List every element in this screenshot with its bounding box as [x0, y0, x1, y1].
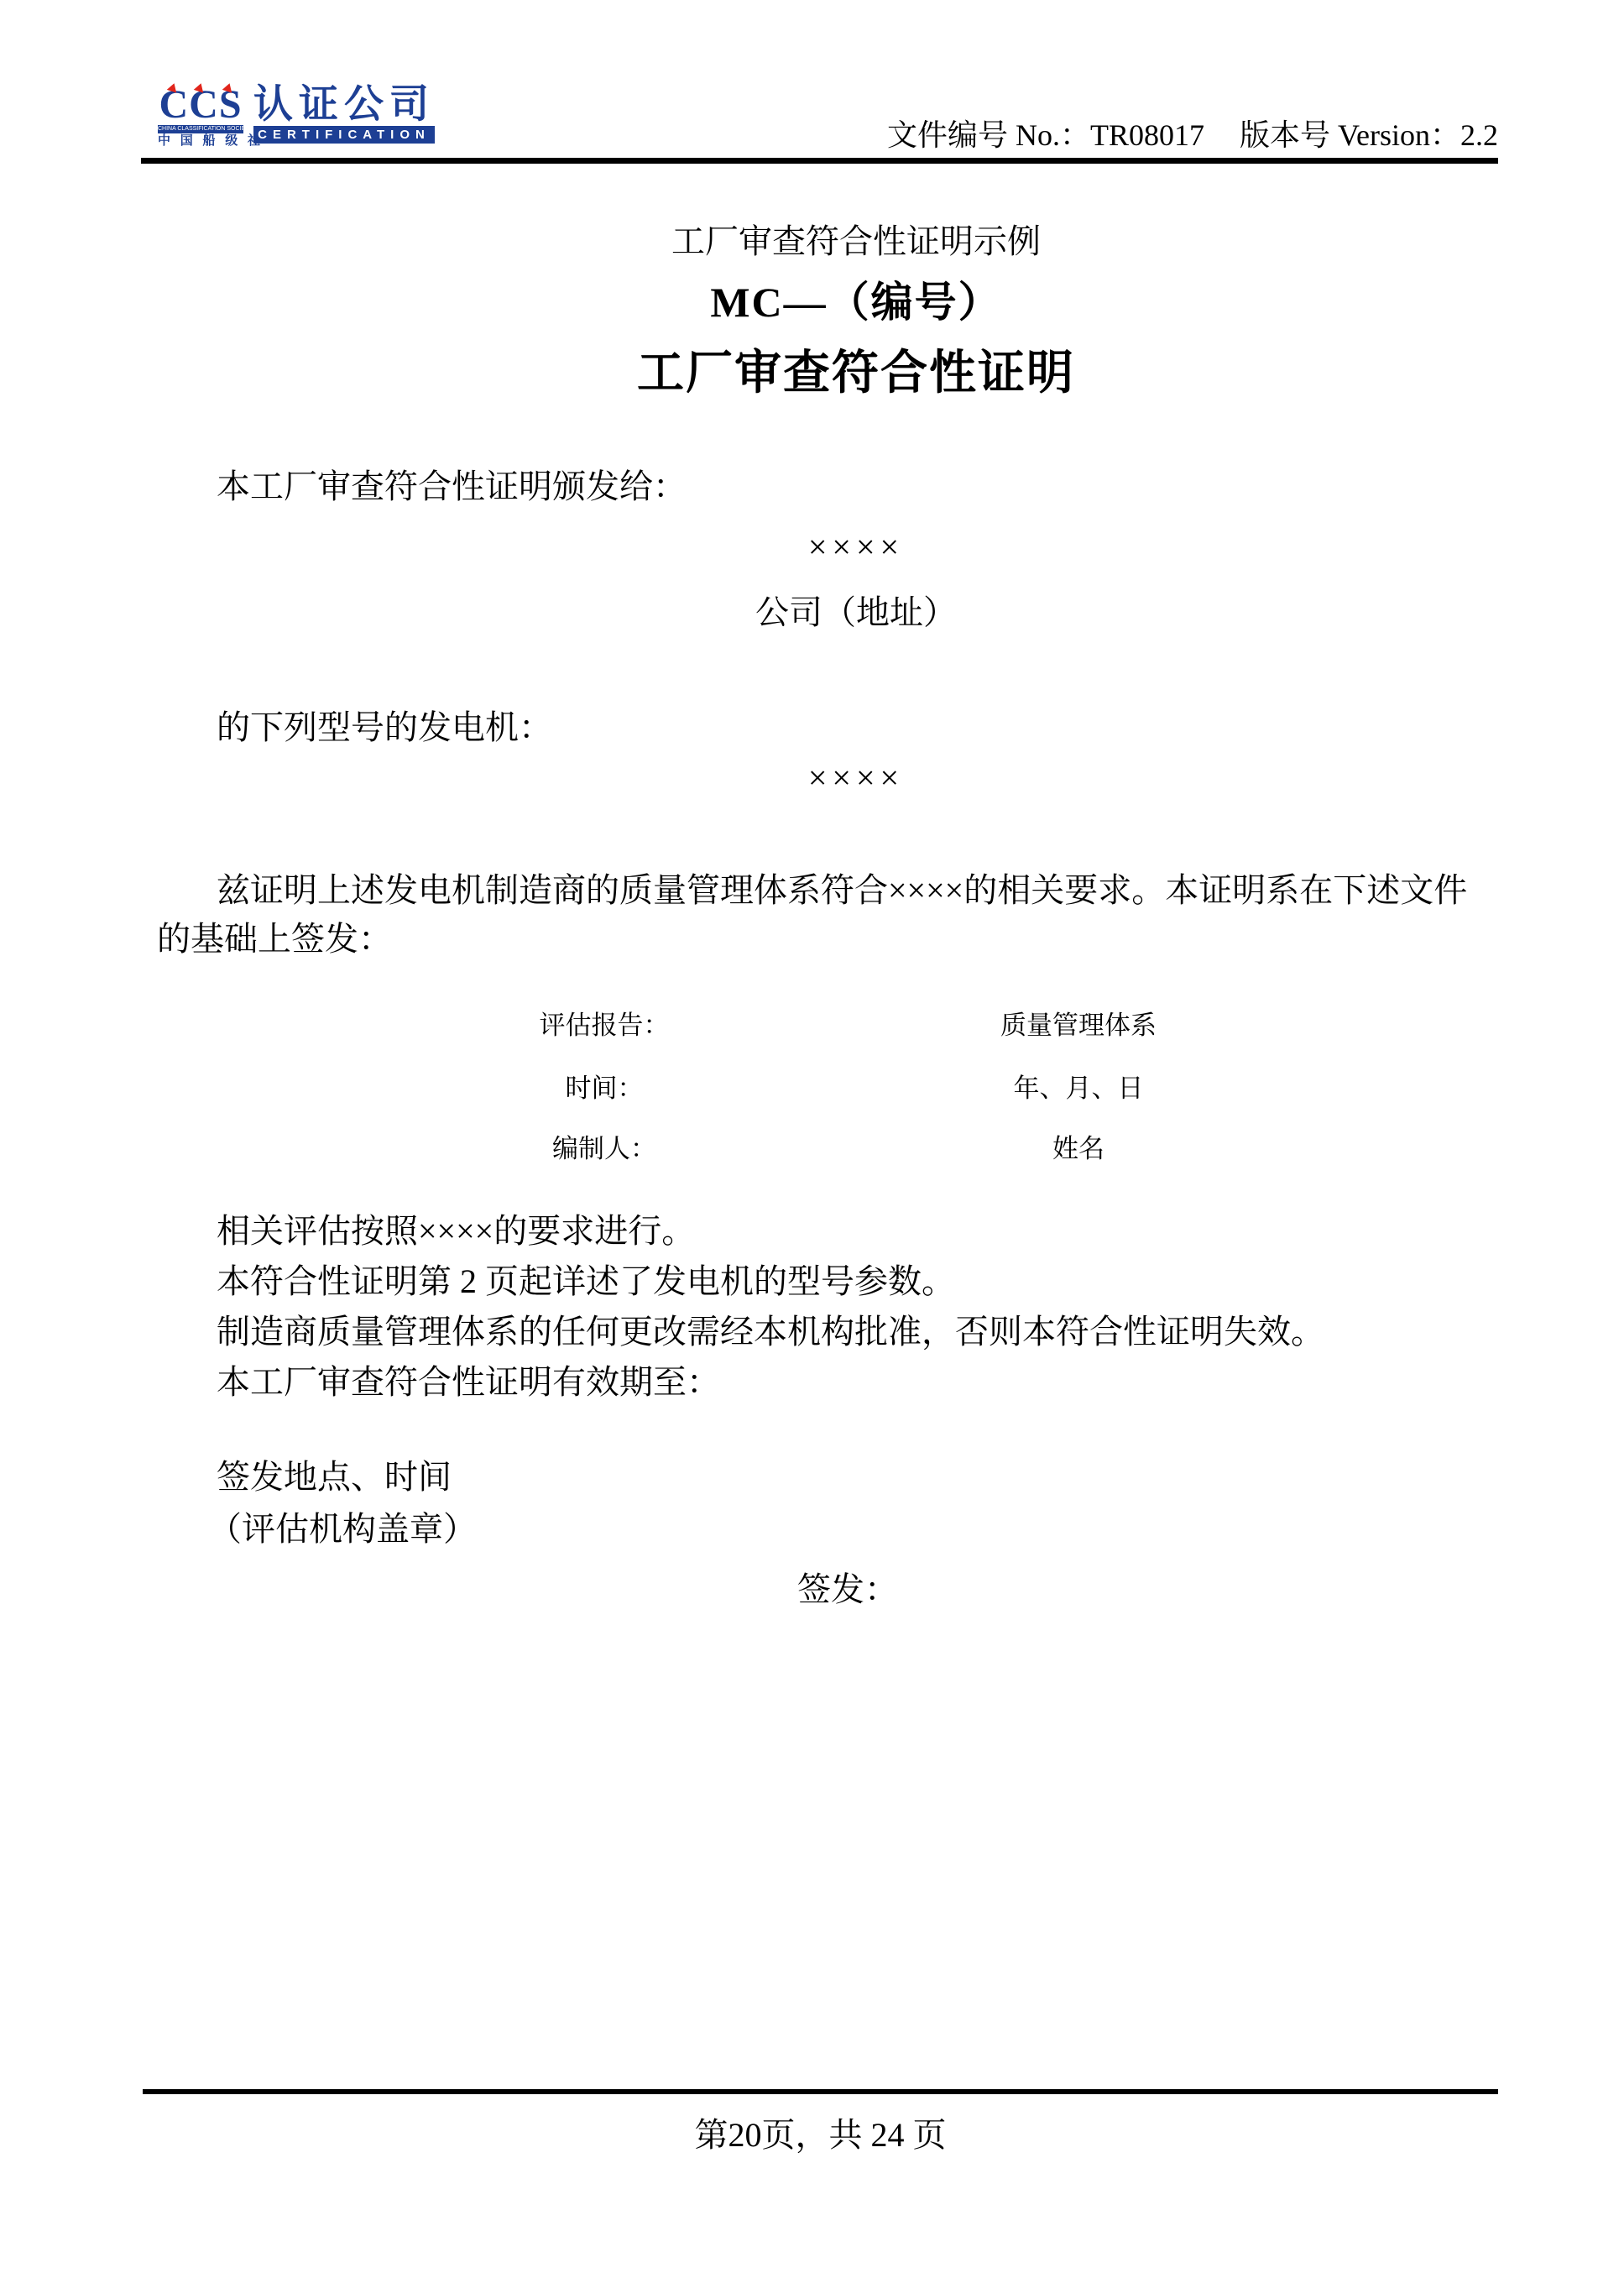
company-placeholder: ×××× [214, 527, 1498, 567]
issuer-seal-note: （评估机构盖章） [208, 1509, 477, 1549]
ccs-society-en: CHINA CLASSIFICATION SOCIETY [158, 125, 243, 133]
ccs-logo-right: 认证公司 CERTIFICATION [253, 86, 435, 144]
brand-name-en: CERTIFICATION [253, 126, 435, 144]
table-label-time: 时间： [394, 1073, 814, 1105]
header-rule [141, 158, 1498, 164]
title-cert-number: MC—（编号） [214, 269, 1498, 329]
ccs-logo-left: CCS CHINA CLASSIFICATION SOCIETY 中 国 船 级… [158, 86, 243, 149]
model-placeholder: ×××× [214, 758, 1498, 797]
title-subtitle: 工厂审查符合性证明示例 [214, 215, 1498, 263]
note-line: 本符合性证明第 2 页起详述了发电机的型号参数。 [217, 1262, 955, 1302]
ccs-society-cn: 中 国 船 级 社 [158, 134, 243, 149]
doc-number: 文件编号 No.：TR08017 [887, 118, 1204, 152]
note-line: 制造商质量管理体系的任何更改需经本机构批准，否则本符合性证明失效。 [217, 1312, 1324, 1352]
ccs-logo: CCS CHINA CLASSIFICATION SOCIETY 中 国 船 级… [158, 86, 435, 149]
note-line: 相关评估按照××××的要求进行。 [217, 1211, 695, 1251]
issue-place-time: 签发地点、时间 [217, 1457, 452, 1497]
company-address: 公司（地址） [214, 586, 1498, 634]
page-number: 第20页，共 24 页 [143, 2108, 1498, 2156]
title-main: 工厂审查符合性证明 [214, 336, 1498, 403]
statement-line-2: 的基础上签发： [157, 919, 392, 959]
doc-version: 版本号 Version：2.2 [1240, 118, 1498, 152]
table-label-report: 评估报告： [394, 1010, 814, 1042]
brand-name-cn: 认证公司 [253, 86, 435, 123]
sign-label: 签发： [797, 1570, 898, 1610]
header-doc-meta: 文件编号 No.：TR08017版本号 Version：2.2 [887, 116, 1498, 154]
issued-to-label: 本工厂审查符合性证明颁发给： [217, 467, 687, 507]
statement-line-1: 兹证明上述发电机制造商的质量管理体系符合××××的相关要求。本证明系在下述文件 [217, 870, 1467, 911]
model-label: 的下列型号的发电机： [217, 708, 552, 748]
table-value-author: 姓名 [869, 1133, 1288, 1165]
table-value-time: 年、月、日 [869, 1073, 1288, 1105]
footer-rule [143, 2089, 1498, 2094]
note-line: 本工厂审查符合性证明有效期至： [217, 1362, 720, 1403]
table-label-author: 编制人： [394, 1133, 814, 1165]
document-page: CCS CHINA CLASSIFICATION SOCIETY 中 国 船 级… [0, 0, 1624, 2278]
table-value-report: 质量管理体系 [869, 1010, 1288, 1042]
